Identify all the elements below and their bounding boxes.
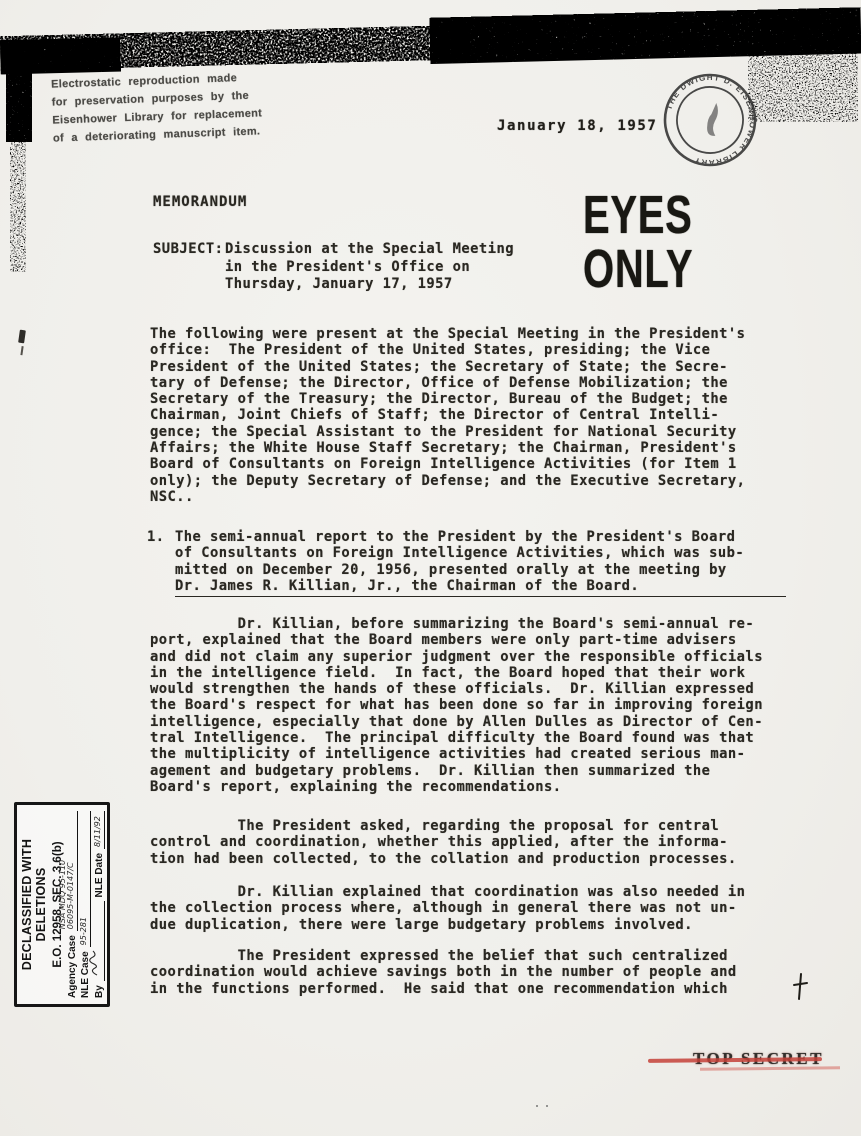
text-line: Secretary of the Treasury; the Director,… [150, 391, 745, 407]
memo-heading: MEMORANDUM [153, 194, 247, 210]
text-line: Discussion at the Special Meeting [225, 241, 514, 259]
text-line: port, explained that the Board members w… [150, 632, 763, 648]
text-line: tral Intelligence. The principal difficu… [150, 730, 763, 746]
text-line: would strengthen the hands of these offi… [150, 681, 763, 697]
declass-nle-date-label: NLE Date [94, 853, 105, 897]
declass-nle-case-line: 95-281 [80, 811, 91, 947]
text-line: due duplication, there were large budget… [150, 917, 745, 933]
text-line: the multiplicity of intelligence activit… [150, 746, 763, 762]
scan-noise-left-strip [6, 52, 32, 272]
scanned-memo-page: Electrostatic reproduction madefor prese… [0, 0, 861, 1136]
text-line: only); the Deputy Secretary of Defense; … [150, 473, 745, 489]
declass-nle-date-line: 8/11/92 [94, 811, 105, 849]
handwritten-cross-mark [790, 972, 812, 1002]
text-line: Dr. Killian, before summarizing the Boar… [150, 616, 763, 632]
library-reproduction-note: Electrostatic reproduction madefor prese… [51, 68, 263, 147]
declass-agency-line: NSA MDQ 95-110 06095-M-0147/C [67, 811, 78, 931]
text-line: office: The President of the United Stat… [150, 342, 745, 358]
text-line: of Consultants on Foreign Intelligence A… [175, 545, 787, 561]
text-line: in the intelligence field. In fact, the … [150, 665, 763, 681]
text-line: The President expressed the belief that … [150, 948, 737, 964]
item1-number: 1. [147, 529, 165, 545]
text-line: President of the United States; the Secr… [150, 359, 745, 375]
text-line: Thursday, January 17, 1957 [225, 276, 514, 294]
text-line: NSC.. [150, 489, 745, 505]
text-line: intelligence, especially that done by Al… [150, 714, 763, 730]
attendees-paragraph: The following were present at the Specia… [150, 326, 745, 505]
text-line: the Board's respect for what has been do… [150, 697, 763, 713]
round-stamp-ink-blob [705, 102, 723, 136]
date-line: January 18, 1957 [497, 118, 657, 134]
text-line: Affairs; the White House Staff Secretary… [150, 440, 745, 456]
paragraph-killian-explained: Dr. Killian explained that coordination … [150, 884, 745, 933]
declass-title: DECLASSIFIED WITH DELETIONS [20, 811, 48, 998]
text-line: Dr. Killian explained that coordination … [150, 884, 745, 900]
declass-nle-case-handwritten: 95-281 [79, 917, 88, 945]
text-line: The President asked, regarding the propo… [150, 818, 737, 834]
text-line: Board of Consultants on Foreign Intellig… [150, 456, 745, 472]
scan-noise-top-band [0, 1, 861, 74]
item1-underlined-line: Dr. James R. Killian, Jr., the Chairman … [175, 578, 786, 597]
signature-squiggle [88, 949, 100, 977]
declassification-stamp: DECLASSIFIED WITH DELETIONS E.O. 12958, … [14, 802, 110, 1007]
text-line: Board's report, explaining the recommend… [150, 779, 763, 795]
scan-specks-bottom [536, 1092, 558, 1098]
text-line: The following were present at the Specia… [150, 326, 745, 342]
subject-lines: Discussion at the Special Meetingin the … [225, 241, 514, 294]
declass-by-label: By [94, 985, 105, 998]
paragraph-killian-summary: Dr. Killian, before summarizing the Boar… [150, 616, 763, 795]
declass-by-line [94, 901, 105, 981]
text-line: and did not claim any superior judgment … [150, 649, 763, 665]
text-line: in the President's Office on [225, 259, 514, 277]
declass-nle-date-handwritten: 8/11/92 [93, 816, 102, 847]
declass-agency-label: Agency Case [67, 935, 78, 998]
text-line: coordination would achieve savings both … [150, 964, 737, 980]
subject-label: SUBJECT: [153, 241, 223, 257]
declass-agency-handwritten: 06095-M-0147/C [66, 862, 75, 929]
red-underline-smear [700, 1066, 840, 1070]
text-line: agement and budgetary problems. Dr. Kill… [150, 763, 763, 779]
text-line: in the functions performed. He said that… [150, 981, 737, 997]
item1-paragraph: The semi-annual report to the President … [175, 529, 787, 578]
text-line: control and coordination, whether this a… [150, 834, 737, 850]
text-line: tion had been collected, to the collatio… [150, 851, 737, 867]
margin-ink-mark [18, 330, 26, 344]
text-line: The semi-annual report to the President … [175, 529, 787, 545]
text-line: tary of Defense; the Director, Office of… [150, 375, 745, 391]
paragraph-president-asked: The President asked, regarding the propo… [150, 818, 737, 867]
paragraph-president-belief: The President expressed the belief that … [150, 948, 737, 997]
text-line: gence; the Special Assistant to the Pres… [150, 424, 745, 440]
eyes-only-stamp: EYES ONLY [583, 188, 789, 296]
text-line: Chairman, Joint Chiefs of Staff; the Dir… [150, 407, 745, 423]
text-line: the collection process where, although i… [150, 900, 745, 916]
text-line: mitted on December 20, 1956, presented o… [175, 562, 787, 578]
